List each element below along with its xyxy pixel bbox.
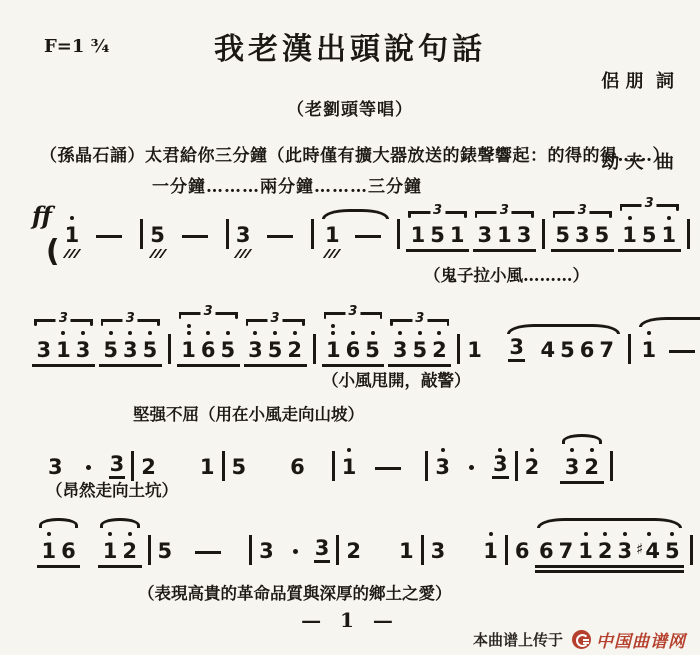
note-digit: 1 bbox=[102, 540, 119, 563]
key-signature: F=1 ¾ bbox=[44, 36, 109, 57]
barline bbox=[423, 453, 430, 494]
note-group: 32 bbox=[560, 434, 603, 494]
note-digit: 1 bbox=[449, 224, 466, 247]
barline bbox=[247, 537, 254, 578]
note-digit: 6 bbox=[514, 540, 531, 563]
note-digit: 3 bbox=[574, 224, 591, 247]
note-digit: 1 bbox=[64, 224, 81, 247]
note-group: 34567 bbox=[505, 324, 622, 377]
note: 2 bbox=[286, 329, 303, 362]
note: 1 bbox=[102, 530, 119, 563]
duration-dash bbox=[267, 221, 293, 262]
note-digit: 5 bbox=[102, 339, 119, 362]
octave-dots-above bbox=[122, 329, 139, 336]
barline bbox=[138, 221, 145, 262]
octave-dots-above bbox=[597, 530, 614, 537]
octave-dots-above bbox=[641, 329, 658, 336]
note: 3 bbox=[235, 221, 252, 262]
beam-line bbox=[99, 364, 162, 367]
octave-dots-above bbox=[583, 446, 600, 453]
arpeggio-paren: ( bbox=[46, 236, 60, 262]
triplet-bracket: 3 bbox=[245, 315, 306, 328]
octave-dots-above bbox=[577, 530, 594, 537]
barline bbox=[688, 537, 695, 578]
note: 1 bbox=[64, 214, 81, 262]
song-title: 我老漢出頭說句話 bbox=[214, 24, 486, 68]
note: 3 bbox=[36, 336, 53, 362]
note: 5 bbox=[429, 221, 446, 247]
note-group: 3352 bbox=[244, 315, 307, 377]
note-digit: 2 bbox=[286, 339, 303, 362]
barline bbox=[540, 221, 547, 262]
note-digit: 5 bbox=[364, 339, 381, 362]
note-digit: 5 bbox=[142, 339, 159, 362]
triplet-bracket: 3 bbox=[474, 207, 535, 220]
note-digit: 5 bbox=[664, 540, 681, 563]
credits-block: 侶 朋 詞 劫 夫 曲 bbox=[601, 14, 674, 203]
note: 5 bbox=[157, 537, 174, 578]
triplet-bracket: 3 bbox=[619, 200, 680, 213]
note-digit: 6 bbox=[579, 339, 596, 362]
octave-dots-above bbox=[412, 329, 429, 336]
note-digit: 3 bbox=[47, 456, 64, 479]
site-name[interactable]: 中国曲谱网 bbox=[596, 627, 686, 652]
note: 1 bbox=[398, 537, 415, 578]
note: 6 bbox=[514, 537, 531, 578]
duration-dash bbox=[96, 221, 122, 262]
note-digit: 1 bbox=[341, 456, 358, 479]
note: 5 bbox=[267, 329, 284, 362]
octave-dots-above bbox=[621, 214, 638, 221]
slur-arc bbox=[39, 518, 78, 528]
note: 7 bbox=[558, 537, 575, 563]
triplet-bracket: 3 bbox=[407, 207, 468, 220]
note-digit: 5 bbox=[429, 224, 446, 247]
barline bbox=[309, 221, 316, 262]
barline bbox=[608, 453, 615, 494]
augmentation-dot bbox=[469, 453, 474, 494]
note: 6 bbox=[345, 329, 362, 362]
beam-line bbox=[535, 570, 685, 573]
note-digit: 3 bbox=[476, 224, 493, 247]
octave-dots-above bbox=[247, 329, 264, 336]
note: 5 bbox=[142, 329, 159, 362]
note: 1 bbox=[621, 214, 638, 247]
note-group: 3165 bbox=[177, 308, 240, 377]
note: 5 bbox=[412, 329, 429, 362]
note-digit: 4 bbox=[540, 339, 557, 362]
octave-dots-above bbox=[220, 329, 237, 336]
triplet-bracket: 3 bbox=[552, 207, 613, 220]
note-digit: 3 bbox=[247, 339, 264, 362]
barline bbox=[220, 453, 227, 494]
note: 3 bbox=[314, 537, 331, 578]
caption-line-4: （表現高貴的革命品質與深厚的鄉土之愛） bbox=[138, 580, 452, 604]
note-digit: 3 bbox=[492, 453, 509, 479]
beam-line bbox=[244, 364, 307, 367]
note: 2 bbox=[431, 329, 448, 362]
barline bbox=[146, 537, 153, 578]
page-number: — 1 — bbox=[301, 608, 399, 632]
octave-dots-above bbox=[482, 530, 499, 537]
note-digit: 5 bbox=[267, 339, 284, 362]
note: 5 bbox=[594, 221, 611, 247]
beam-line bbox=[98, 565, 141, 568]
tremolo-marks bbox=[64, 249, 79, 258]
note: 3 bbox=[617, 530, 634, 563]
beam-line bbox=[32, 364, 95, 367]
note-group: 11 bbox=[637, 317, 700, 377]
note-digit: 3 bbox=[109, 453, 126, 479]
note-digit: 1 bbox=[660, 224, 677, 247]
caption-line-2: （小風甩開，敲警） bbox=[322, 367, 471, 391]
tremolo-marks bbox=[236, 249, 251, 258]
note-digit: 5 bbox=[594, 224, 611, 247]
note: 5 bbox=[641, 221, 658, 247]
note: 3 bbox=[574, 221, 591, 247]
note-digit: 2 bbox=[140, 456, 157, 479]
note-group: 3151 bbox=[406, 207, 469, 262]
note: 3 bbox=[476, 221, 493, 247]
barline bbox=[334, 537, 341, 578]
beam-line bbox=[618, 249, 681, 252]
note: 3 bbox=[75, 329, 92, 362]
octave-dots-above bbox=[102, 530, 119, 537]
note: 6 bbox=[289, 453, 306, 494]
scene-direction-label: 堅强不屈（用在小風走向山坡） bbox=[133, 401, 364, 425]
triplet-bracket: 3 bbox=[323, 308, 384, 321]
note-digit: 6 bbox=[60, 540, 77, 563]
music-line-1: ff(15313151331335353151 bbox=[30, 200, 694, 262]
barline bbox=[224, 221, 231, 262]
octave-dots-above bbox=[431, 329, 448, 336]
slur-arc bbox=[507, 324, 620, 334]
note-digit: 1 bbox=[577, 540, 594, 563]
barline bbox=[330, 453, 337, 494]
note-digit: 3 bbox=[434, 456, 451, 479]
note: 4 bbox=[540, 336, 557, 362]
note: 2 bbox=[524, 446, 541, 494]
octave-dots-above bbox=[64, 214, 81, 221]
note-digit: 3 bbox=[36, 339, 53, 362]
tremolo-marks bbox=[150, 249, 165, 258]
octave-dots-above bbox=[180, 322, 197, 336]
note: 6 bbox=[60, 537, 77, 563]
note: 3 bbox=[492, 446, 509, 494]
note: 1 bbox=[199, 453, 216, 494]
note-digit: 3 bbox=[235, 224, 252, 247]
caption-line-1: （鬼子拉小風………） bbox=[424, 262, 589, 286]
note: 5 bbox=[149, 221, 166, 262]
note-digit: 1 bbox=[41, 540, 58, 563]
augmentation-dot bbox=[293, 537, 298, 578]
note-digit: 7 bbox=[598, 339, 615, 362]
note-digit: 2 bbox=[431, 339, 448, 362]
beam-line bbox=[406, 249, 469, 252]
note-digit: 5 bbox=[554, 224, 571, 247]
note-digit: 1 bbox=[398, 540, 415, 563]
barline bbox=[166, 336, 173, 377]
note: 7 bbox=[598, 336, 615, 362]
slur-arc bbox=[322, 209, 389, 219]
note-digit: 7 bbox=[558, 540, 575, 563]
note-digit: 1 bbox=[410, 224, 427, 247]
slur-arc bbox=[537, 518, 683, 528]
note-digit: 3 bbox=[617, 540, 634, 563]
note-digit: 6 bbox=[200, 339, 217, 362]
barline bbox=[311, 336, 318, 377]
octave-dots-above bbox=[636, 530, 661, 537]
note: 1 bbox=[180, 322, 197, 362]
note: 5 bbox=[554, 221, 571, 247]
beam-line bbox=[551, 249, 614, 252]
uploader-credit: 本曲谱上传于 中国曲谱网 bbox=[473, 627, 686, 652]
note: 3 bbox=[508, 336, 525, 362]
lyricist-credit: 侶 朋 詞 bbox=[601, 68, 674, 95]
note-group: 3313 bbox=[473, 207, 536, 262]
octave-dots-above bbox=[325, 322, 342, 336]
note: 2 bbox=[597, 530, 614, 563]
beam-line bbox=[177, 364, 240, 367]
slur-arc bbox=[562, 434, 601, 444]
note: 3 bbox=[258, 537, 275, 578]
note: 1 bbox=[577, 530, 594, 563]
note-digit: 5 bbox=[231, 456, 248, 479]
note-digit: 2 bbox=[524, 456, 541, 479]
note: 5 bbox=[664, 530, 681, 563]
note-digit: 3 bbox=[75, 339, 92, 362]
barline bbox=[685, 221, 692, 262]
triplet-bracket: 3 bbox=[100, 315, 161, 328]
note-group: 16 bbox=[37, 518, 80, 578]
octave-dots-above bbox=[524, 446, 541, 453]
note: 1 bbox=[41, 530, 58, 563]
note: 3 bbox=[122, 329, 139, 362]
triplet-bracket: 3 bbox=[178, 308, 239, 321]
note-digit: 1 bbox=[55, 339, 72, 362]
note-digit: 4 bbox=[644, 540, 661, 563]
dynamic-marking: ff bbox=[32, 202, 52, 228]
note: 1 bbox=[325, 322, 342, 362]
barline bbox=[419, 537, 426, 578]
note-digit: 6 bbox=[538, 540, 555, 563]
note-digit: 6 bbox=[289, 456, 306, 479]
note-digit: 3 bbox=[392, 339, 409, 362]
note: 3 bbox=[247, 329, 264, 362]
music-line-4: 16125332131667123♯45 bbox=[35, 518, 697, 578]
note-digit: 5 bbox=[641, 224, 658, 247]
note-digit: 2 bbox=[597, 540, 614, 563]
note-group: 67123♯45 bbox=[535, 518, 685, 578]
note-digit: 5 bbox=[412, 339, 429, 362]
note-group: 3313 bbox=[32, 315, 95, 377]
performer-subtitle: （老劉頭等唱） bbox=[287, 95, 413, 120]
note-digit: 5 bbox=[220, 339, 237, 362]
note-digit: 1 bbox=[325, 339, 342, 362]
note: 1 bbox=[482, 530, 499, 578]
note: 1 bbox=[641, 329, 658, 362]
note: 1 bbox=[496, 221, 513, 247]
note: 3 bbox=[430, 537, 447, 578]
octave-dots-above bbox=[286, 329, 303, 336]
octave-dots-above bbox=[142, 329, 159, 336]
slur-arc bbox=[100, 518, 139, 528]
note: 5 bbox=[559, 336, 576, 362]
note-digit: 2 bbox=[583, 456, 600, 479]
beam-line bbox=[560, 481, 603, 484]
note: 3 bbox=[434, 446, 451, 494]
note: 3 bbox=[516, 221, 533, 247]
triplet-bracket: 3 bbox=[33, 315, 94, 328]
note: 1 bbox=[410, 221, 427, 247]
note-digit: 1 bbox=[496, 224, 513, 247]
note: 2 bbox=[121, 530, 138, 563]
barline bbox=[626, 336, 633, 377]
note-group: 3535 bbox=[551, 207, 614, 262]
octave-dots-above bbox=[121, 530, 138, 537]
note-group: 3151 bbox=[618, 200, 681, 262]
octave-dots-above bbox=[564, 446, 581, 453]
barline bbox=[503, 537, 510, 578]
note: 3 bbox=[392, 329, 409, 362]
octave-dots-above bbox=[41, 530, 58, 537]
note-digit: 1 bbox=[621, 224, 638, 247]
octave-dots-above bbox=[75, 329, 92, 336]
note: 1 bbox=[324, 221, 341, 247]
note-digit: 3 bbox=[314, 537, 331, 563]
note: 3 bbox=[564, 446, 581, 479]
note-digit: 3 bbox=[430, 540, 447, 563]
note-group: 4567 bbox=[536, 336, 619, 362]
site-logo-icon bbox=[572, 630, 591, 649]
note: 2 bbox=[345, 537, 362, 578]
beam-line bbox=[473, 249, 536, 252]
barline bbox=[513, 453, 520, 494]
note: ♯4 bbox=[636, 530, 661, 563]
note-digit: 1 bbox=[641, 339, 658, 362]
note-digit: 3 bbox=[122, 339, 139, 362]
note-digit: 5 bbox=[157, 540, 174, 563]
upload-note: 本曲谱上传于 bbox=[473, 629, 563, 650]
note-digit: 3 bbox=[564, 456, 581, 479]
note-digit: 3 bbox=[508, 336, 525, 362]
octave-dots-above bbox=[341, 446, 358, 453]
duration-dash bbox=[669, 336, 695, 362]
note: 6 bbox=[538, 537, 555, 563]
note: 1 bbox=[449, 221, 466, 247]
note: 1 bbox=[660, 214, 677, 247]
octave-dots-above bbox=[267, 329, 284, 336]
octave-dots-above bbox=[664, 530, 681, 537]
note: 1 bbox=[341, 446, 358, 494]
note-digit: 1 bbox=[482, 540, 499, 563]
octave-dots-above bbox=[617, 530, 634, 537]
beam-line bbox=[535, 565, 685, 568]
duration-dash bbox=[182, 221, 208, 262]
note-group: 12 bbox=[98, 518, 141, 578]
octave-dots-above bbox=[660, 214, 677, 221]
note-digit: 1 bbox=[324, 224, 341, 247]
note: 6 bbox=[200, 329, 217, 362]
beam-line bbox=[37, 565, 80, 568]
note: 5 bbox=[102, 329, 119, 362]
octave-dots-above bbox=[364, 329, 381, 336]
note: 5 bbox=[220, 329, 237, 362]
note: 5 bbox=[364, 329, 381, 362]
octave-dots-above bbox=[345, 329, 362, 336]
note-group: 3535 bbox=[99, 315, 162, 377]
note: 1 bbox=[55, 329, 72, 362]
note: 2 bbox=[583, 446, 600, 479]
duration-dash bbox=[375, 453, 401, 494]
narration-line-1: （孫晶石誦）太君給你三分鐘（此時僅有擴大器放送的錶聲響起：的得的得……） bbox=[40, 141, 670, 166]
duration-dash bbox=[195, 537, 221, 578]
note-digit: 5 bbox=[559, 339, 576, 362]
note-digit: 5 bbox=[149, 224, 166, 247]
note: 6 bbox=[579, 336, 596, 362]
octave-dots-above bbox=[55, 329, 72, 336]
octave-dots-above bbox=[102, 329, 119, 336]
note-digit: 1 bbox=[180, 339, 197, 362]
note: 5 bbox=[231, 453, 248, 494]
octave-dots-above bbox=[392, 329, 409, 336]
note-group: 1 bbox=[320, 209, 391, 262]
note-digit: 2 bbox=[345, 540, 362, 563]
note-digit: 1 bbox=[466, 339, 483, 362]
sharp-sign: ♯ bbox=[636, 538, 643, 561]
triplet-bracket: 3 bbox=[389, 315, 450, 328]
note-digit: 6 bbox=[345, 339, 362, 362]
caption-line-3: （昂然走向土坑） bbox=[46, 477, 178, 501]
note-digit: 1 bbox=[199, 456, 216, 479]
note-digit: 3 bbox=[258, 540, 275, 563]
octave-dots-above bbox=[434, 446, 451, 453]
octave-dots-above bbox=[200, 329, 217, 336]
narration-line-2: 一分鐘………兩分鐘………三分鐘 bbox=[152, 172, 422, 197]
note-digit: 2 bbox=[121, 540, 138, 563]
slur-arc bbox=[639, 317, 700, 327]
duration-dash bbox=[355, 221, 381, 247]
barline bbox=[395, 221, 402, 262]
note-digit: 3 bbox=[516, 224, 533, 247]
